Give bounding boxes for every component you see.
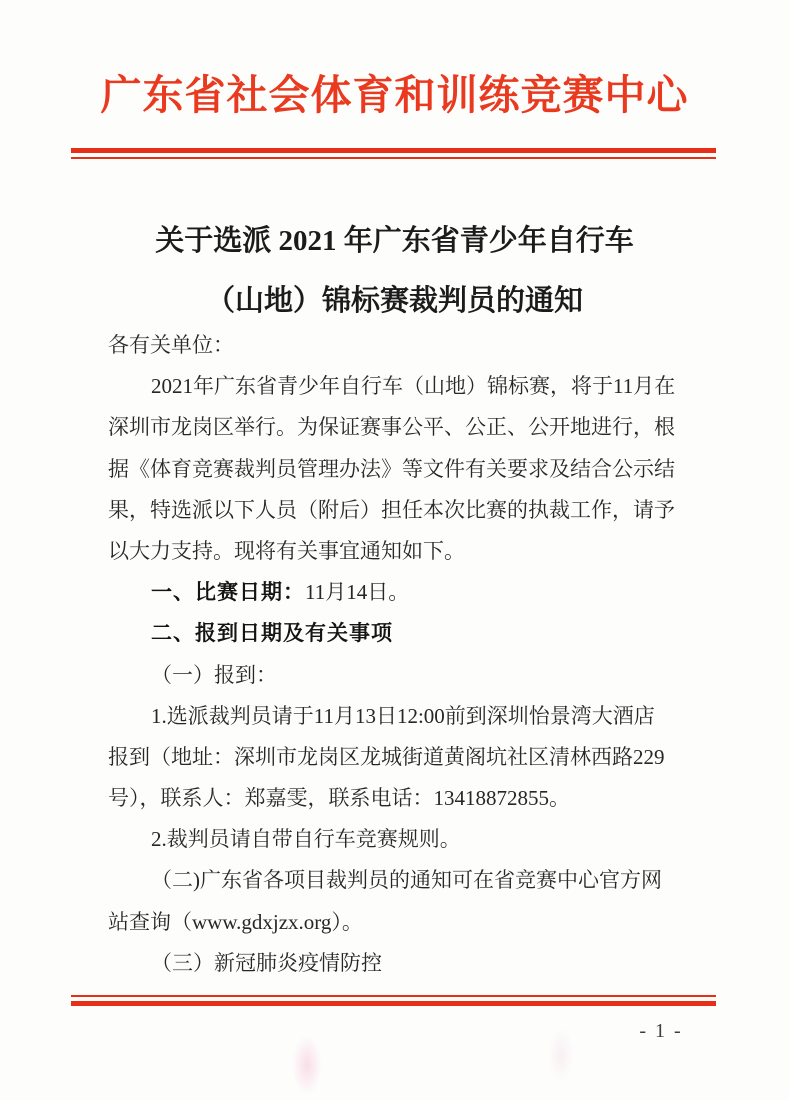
document-body: 各有关单位： 2021年广东省青少年自行车（山地）锦标赛，将于11月在 深圳市龙… — [108, 325, 698, 984]
letterhead-rule — [71, 148, 716, 159]
section-1-heading: 一、比赛日期：11月14日。 — [108, 572, 698, 613]
item-1-line: 号），联系人：郑嘉雯，联系电话：13418872855。 — [108, 778, 698, 819]
scan-smudge — [292, 1035, 322, 1095]
intro-line: 果，特选派以下人员（附后）担任本次比赛的执裁工作，请予 — [108, 490, 698, 531]
footer-rule-thin-bar — [71, 995, 716, 997]
footer-rule — [71, 995, 716, 1006]
subsection-2-3-heading: （三）新冠肺炎疫情防控 — [108, 943, 698, 984]
document-title: 关于选派 2021 年广东省青少年自行车 （山地）锦标赛裁判员的通知 — [0, 211, 789, 331]
letterhead-org-name: 广东省社会体育和训练竞赛中心 — [0, 62, 789, 121]
intro-line: 据《体育竞赛裁判员管理办法》等文件有关要求及结合公示结 — [108, 449, 698, 490]
page-number: - 1 - — [626, 1020, 696, 1043]
document-title-line1: 关于选派 2021 年广东省青少年自行车 — [155, 225, 634, 257]
item-1-line: 报到（地址：深圳市龙岗区龙城街道黄阁坑社区清林西路229 — [108, 737, 698, 778]
section-1-label: 一、比赛日期： — [151, 581, 305, 604]
letterhead-rule-thick-bar — [71, 148, 716, 153]
section-1-value: 11月14日。 — [305, 580, 409, 604]
subsection-2-1-heading: （一）报到： — [108, 655, 698, 696]
section-2-heading: 二、报到日期及有关事项 — [108, 613, 698, 654]
scan-smudge — [548, 1028, 574, 1083]
intro-line: 2021年广东省青少年自行车（山地）锦标赛，将于11月在 — [108, 366, 698, 407]
subsection-2-2-line: 站查询（www.gdxjzx.org）。 — [108, 902, 698, 943]
item-1-line: 1.选派裁判员请于11月13日12:00前到深圳怡景湾大酒店 — [108, 696, 698, 737]
footer-rule-thick-bar — [71, 1001, 716, 1006]
letterhead-rule-thin-bar — [71, 157, 716, 159]
intro-line: 以大力支持。现将有关事宜通知如下。 — [108, 531, 698, 572]
subsection-2-2-line: （二)广东省各项目裁判员的通知可在省竞赛中心官方网 — [108, 860, 698, 901]
scanned-document-page: 广东省社会体育和训练竞赛中心 关于选派 2021 年广东省青少年自行车 （山地）… — [0, 0, 789, 1100]
salutation: 各有关单位： — [108, 325, 698, 366]
item-2-line: 2.裁判员请自带自行车竞赛规则。 — [108, 819, 698, 860]
document-title-line2: （山地）锦标赛裁判员的通知 — [206, 285, 583, 317]
intro-line: 深圳市龙岗区举行。为保证赛事公平、公正、公开地进行，根 — [108, 407, 698, 448]
